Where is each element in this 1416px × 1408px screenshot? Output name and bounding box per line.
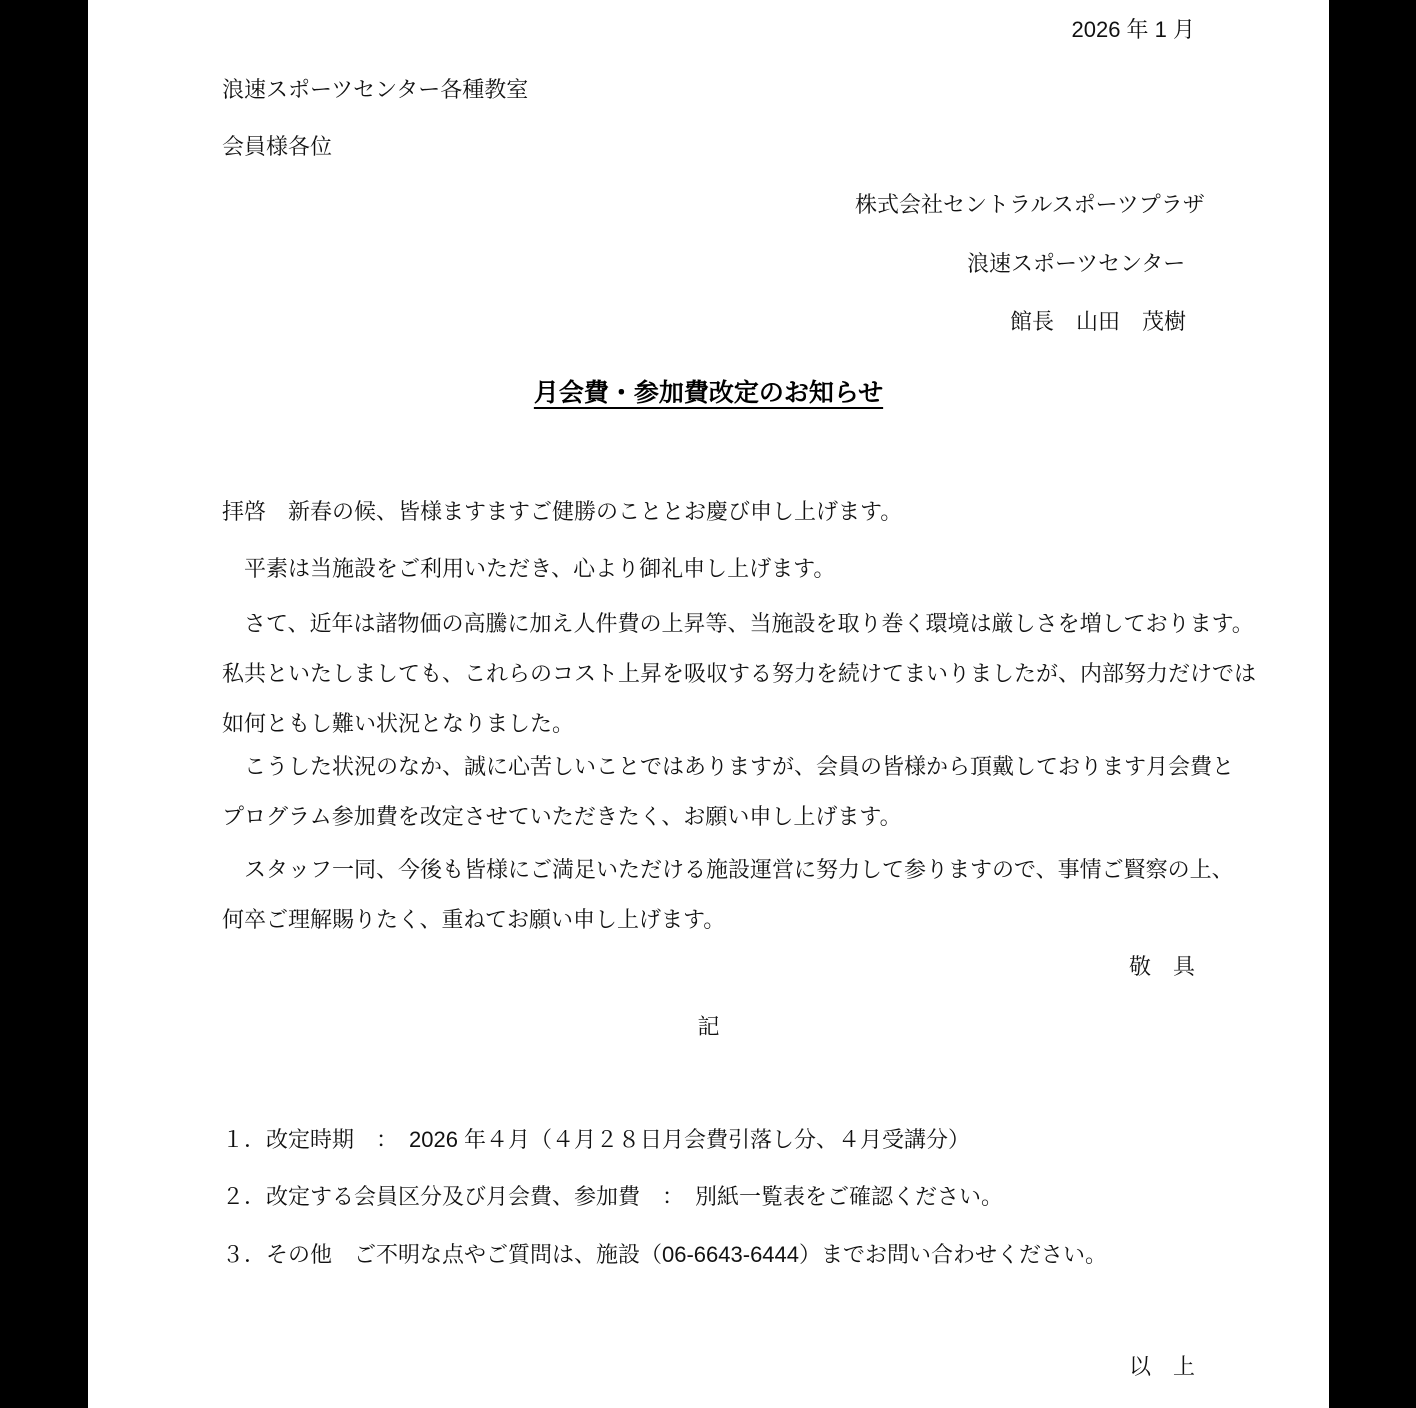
body-line-request-1: こうした状況のなか、誠に心苦しいことではありますが、会員の皆様から頂戴しておりま… — [222, 753, 1195, 781]
viewer-background: 2026 年 1 月 浪速スポーツセンター各種教室 会員様各位 株式会社セントラ… — [0, 0, 1416, 1408]
letter-title-text: 月会費・参加費改定のお知らせ — [534, 379, 883, 407]
list-item-revision-fees: ２．改定する会員区分及び月会費、参加費 ： 別紙一覧表をご確認ください。 — [222, 1183, 1195, 1211]
body-line-request-2: プログラム参加費を改定させていただきたく、お願い申し上げます。 — [222, 803, 1195, 831]
closing-keigu: 敬 具 — [222, 953, 1195, 981]
body-line-pledge-1: スタッフ一同、今後も皆様にご満足いただける施設運営に努力して参りますので、事情ご… — [222, 856, 1195, 884]
sender-center: 浪速スポーツセンター — [967, 250, 1195, 278]
body-line-context-1: さて、近年は諸物価の高騰に加え人件費の上昇等、当施設を取り巻く環境は厳しさを増し… — [222, 610, 1195, 638]
recipient-line-classes: 浪速スポーツセンター各種教室 — [222, 76, 1195, 104]
list-item-contact: ３．その他 ご不明な点やご質問は、施設（06-6643-6444）までお問い合わ… — [222, 1241, 1195, 1269]
body-line-context-3: 如何ともし難い状況となりました。 — [222, 710, 1195, 738]
end-marker-ijou: 以 上 — [222, 1353, 1195, 1381]
letter-title: 月会費・参加費改定のお知らせ — [222, 376, 1195, 410]
sender-director: 館長 山田 茂樹 — [1010, 308, 1195, 336]
sender-company: 株式会社セントラルスポーツプラザ — [855, 191, 1195, 219]
body-line-thanks: 平素は当施設をご利用いただき、心より御礼申し上げます。 — [222, 555, 1195, 583]
body-line-greeting: 拝啓 新春の候、皆様ますますご健勝のこととお慶び申し上げます。 — [222, 498, 1195, 526]
recipient-line-members: 会員様各位 — [222, 133, 1195, 161]
notice-marker-ki: 記 — [222, 1013, 1195, 1041]
body-line-context-2: 私共といたしましても、これらのコスト上昇を吸収する努力を続けてまいりましたが、内… — [222, 660, 1195, 688]
letter-page: 2026 年 1 月 浪速スポーツセンター各種教室 会員様各位 株式会社セントラ… — [88, 0, 1329, 1408]
list-item-revision-date: １．改定時期 ： 2026 年４月（４月２８日月会費引落し分、４月受講分） — [222, 1126, 1195, 1154]
letter-date: 2026 年 1 月 — [222, 16, 1195, 44]
body-line-pledge-2: 何卒ご理解賜りたく、重ねてお願い申し上げます。 — [222, 906, 1195, 934]
